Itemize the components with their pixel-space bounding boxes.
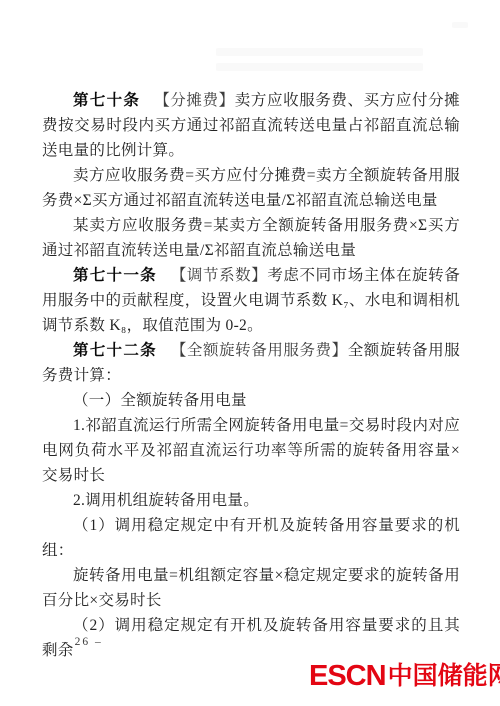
paragraph: 第七十一条【调节系数】考虑不同市场主体在旋转备用服务中的贡献程度，设置火电调节系… [42,263,460,338]
scan-bleedthrough-artifact [216,63,423,71]
article-number: 第七十条 [73,92,140,109]
article-tag: 【分摊费】 [154,92,235,109]
paragraph: 第七十二条【全额旋转备用服务费】全额旋转备用服务费计算： [42,338,460,388]
article-tag: 【全额旋转备用服务费】 [171,342,348,359]
paragraph: 某卖方应收服务费=某卖方全额旋转备用服务费×Σ买方通过祁韶直流转送电量/Σ祁韶直… [42,213,460,263]
article-number: 第七十二条 [73,342,157,359]
paragraph: 第七十条【分摊费】卖方应收服务费、买方应付分摊费按交易时段内买方通过祁韶直流转送… [42,88,460,163]
article-number: 第七十一条 [73,267,157,284]
paragraph: （一）全额旋转备用电量 [42,388,460,413]
escn-logo-chinese-text: 中国储能网 [388,664,500,689]
escn-logo: ESCN 中国储能网 [309,662,500,691]
paragraph: 2.调用机组旋转备用电量。 [42,488,460,513]
article-tag: 【调节系数】 [171,267,267,284]
paragraph: 1.祁韶直流运行所需全网旋转备用电量=交易时段内对应电网负荷水平及祁韶直流运行功… [42,413,460,488]
escn-logo-latin-text: ESCN [309,662,386,691]
page-number: – 26 – [62,636,103,648]
document-body: 第七十条【分摊费】卖方应收服务费、买方应付分摊费按交易时段内买方通过祁韶直流转送… [42,88,460,663]
paragraph: （2）调用稳定规定有开机及旋转备用容量要求的且其剩余 [42,613,460,663]
paragraph: （1）调用稳定规定中有开机及旋转备用容量要求的机组： [42,513,460,563]
scan-bleedthrough-artifact [452,22,468,28]
scan-bleedthrough-artifact [216,48,423,56]
paragraph: 旋转备用电量=机组额定容量×稳定规定要求的旋转备用百分比×交易时长 [42,563,460,613]
scanned-document-page: 第七十条【分摊费】卖方应收服务费、买方应付分摊费按交易时段内买方通过祁韶直流转送… [0,0,500,706]
paragraph: 卖方应收服务费=买方应付分摊费=卖方全额旋转备用服务费×Σ买方通过祁韶直流转送电… [42,163,460,213]
